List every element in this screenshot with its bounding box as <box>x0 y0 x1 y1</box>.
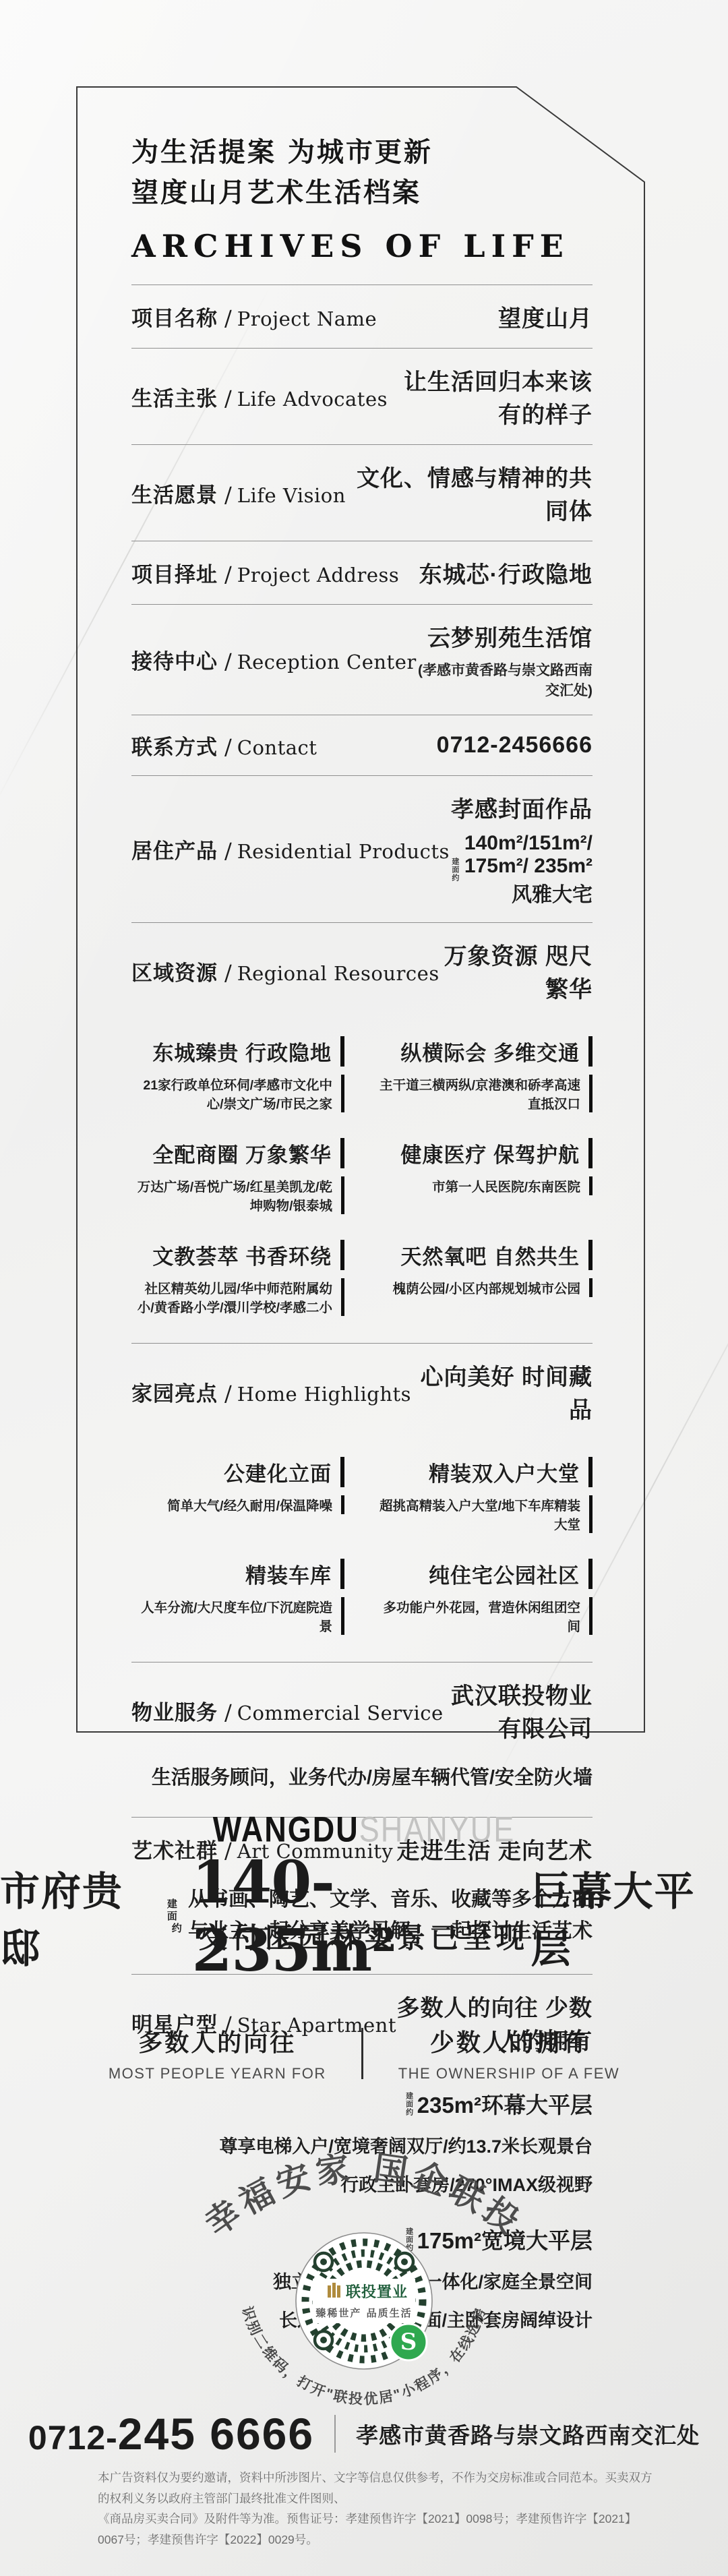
feature-detail: 人车分流/大尺度车位/下沉庭院造景 <box>131 1597 344 1635</box>
value-note: (孝感市黄香路与崇文路西南交汇处) <box>417 659 593 700</box>
feature-detail: 超挑高精装入户大堂/地下车库精装大堂 <box>380 1495 593 1533</box>
feature-cell: 精装双入户大堂超挑高精装入户大堂/地下车库精装大堂 <box>380 1457 593 1533</box>
row-label: 接待中心/Reception Center <box>131 645 417 675</box>
row-property-service: 物业服务/Commercial Service 武汉联投物业有限公司 <box>131 1663 593 1758</box>
row-value: 东城芯·行政隐地 <box>419 556 593 589</box>
tagline-cn: 多数人的向往 <box>109 2024 326 2058</box>
qr-center-slogan: 臻稀世产 品质生活 <box>315 2307 412 2319</box>
row-value: 武汉联投物业有限公司 <box>444 1677 593 1743</box>
feature-title: 文教荟萃 书香环绕 <box>152 1240 344 1270</box>
area-line: 建面约 140m²/151m²/ 175m²/ 235m² 风雅大宅 <box>450 832 593 907</box>
label-en: Commercial Service <box>237 1702 444 1725</box>
label-cn: 物业服务 <box>131 1701 218 1725</box>
feature-cell: 全配商圈 万象繁华万达广场/吾悦广场/红星美凯龙/乾坤购物/银泰城 <box>131 1138 344 1214</box>
label-cn: 生活愿景 <box>131 483 218 507</box>
label-en: Life Advocates <box>237 388 388 411</box>
label-en: Reception Center <box>237 651 417 673</box>
value-text: 望度山月 <box>498 306 593 332</box>
row-project-address: 项目择址/Project Address 东城芯·行政隐地 <box>131 541 593 605</box>
label-cn: 生活主张 <box>131 387 218 411</box>
value-text: 孝感封面作品 <box>450 791 593 824</box>
row-value: 万象资源 咫尺繁华 <box>439 938 593 1004</box>
label-slash: / <box>224 734 232 760</box>
feature-title: 纯住宅公园社区 <box>429 1559 593 1589</box>
tagline-en: THE OWNERSHIP OF A FEW <box>398 2065 619 2083</box>
feature-title: 健康医疗 保驾护航 <box>400 1138 593 1168</box>
wechat-s-icon: S <box>390 2324 427 2360</box>
label-en: Residential Products <box>237 840 450 863</box>
feature-title: 精装双入户大堂 <box>429 1457 593 1487</box>
label-cn: 居住产品 <box>131 839 218 863</box>
logo-shanyue: SHANYUE <box>359 1809 516 1850</box>
feature-detail: 社区精英幼儿园/华中师范附属幼小/黄香路小学/澴川学校/孝感二小 <box>131 1278 344 1316</box>
header-title-en: ARCHIVES OF LIFE <box>131 228 593 264</box>
tagline-en: MOST PEOPLE YEARN FOR <box>109 2065 326 2083</box>
tagline-divider <box>361 2028 363 2079</box>
section-property-service: 物业服务/Commercial Service 武汉联投物业有限公司 生活服务顾… <box>131 1663 593 1818</box>
footer-contact-row: 0712-245 6666 孝感市黄香路与崇文路西南交汇处 <box>0 2408 728 2459</box>
feature-detail: 简单大气/经久耐用/保温降噪 <box>167 1495 344 1514</box>
logo-wangdu: WANGDU <box>213 1809 359 1850</box>
row-value: 孝感封面作品 建面约 140m²/151m²/ 175m²/ 235m² 风雅大… <box>450 791 593 907</box>
feature-cell: 健康医疗 保驾护航市第一人民医院/东南医院 <box>380 1138 593 1214</box>
feature-title: 公建化立面 <box>224 1457 344 1487</box>
feature-cell: 文教荟萃 书香环绕社区精英幼儿园/华中师范附属幼小/黄香路小学/澴川学校/孝感二… <box>131 1240 344 1316</box>
section-home-highlights: 家园亮点/Home Highlights 心向美好 时间藏品 公建化立面简单大气… <box>131 1344 593 1663</box>
feature-detail: 多功能户外花园，营造休闲组团空间 <box>380 1597 593 1635</box>
header-line-2: 望度山月艺术生活档案 <box>131 173 593 213</box>
value-text: 心向美好 时间藏品 <box>421 1365 593 1423</box>
arc-slogan-text: 幸福安家 国企联投 <box>198 2147 530 2244</box>
row-value: 文化、情感与精神的共同体 <box>346 460 593 526</box>
row-label: 生活愿景/Life Vision <box>131 478 346 508</box>
label-cn: 项目择址 <box>131 563 218 587</box>
disclaimer-line-1: 本广告资料仅为要约邀请，资料中所涉图片、文字等信息仅供参考，不作为交房标准或合同… <box>98 2467 654 2509</box>
feature-cell: 纵横际会 多维交通主干道三横两纵/京港澳和硚孝高速直抵汉口 <box>380 1036 593 1112</box>
feature-cell: 天然氧吧 自然共生槐荫公园/小区内部规划城市公园 <box>380 1240 593 1316</box>
feature-detail: 万达广场/吾悦广场/红星美凯龙/乾坤购物/银泰城 <box>131 1176 344 1214</box>
label-en: Contact <box>237 736 317 759</box>
label-slash: / <box>224 649 232 674</box>
svg-text:幸福安家 国企联投: 幸福安家 国企联投 <box>198 2147 530 2244</box>
phone-number: 0712-245 6666 <box>28 2408 314 2459</box>
row-life-advocates: 生活主张/Life Advocates 让生活回归本来该有的样子 <box>131 349 593 445</box>
tagline-row: 多数人的向往 MOST PEOPLE YEARN FOR 少数人的拥有 THE … <box>0 2024 728 2083</box>
area-prefix: 建面约 <box>450 858 460 882</box>
feature-detail: 主干道三横两纵/京港澳和硚孝高速直抵汉口 <box>380 1075 593 1112</box>
row-value: 让生活回归本来该有的样子 <box>388 363 593 429</box>
label-slash: / <box>224 960 232 986</box>
label-slash: / <box>224 1381 232 1406</box>
value-text: 云梦别苑生活馆 <box>417 620 593 653</box>
value-text: 万象资源 咫尺繁华 <box>444 944 593 1002</box>
row-home-highlights: 家园亮点/Home Highlights 心向美好 时间藏品 <box>131 1344 593 1439</box>
label-cn: 项目名称 <box>131 307 218 330</box>
feature-title: 精装车库 <box>245 1559 344 1589</box>
headline-subline: 交付区园林实景已呈现 <box>0 1916 728 1956</box>
label-slash: / <box>224 386 232 411</box>
regional-feature-grid: 东城臻贵 行政隐地21家行政单位环伺/孝感市文化中心/崇文广场/市民之家 纵横际… <box>131 1036 593 1316</box>
label-cn: 区域资源 <box>131 961 218 985</box>
disclaimer-text: 本广告资料仅为要约邀请，资料中所涉图片、文字等信息仅供参考，不作为交房标准或合同… <box>98 2467 654 2550</box>
value-text: 武汉联投物业有限公司 <box>451 1683 593 1742</box>
label-en: Project Address <box>237 564 399 587</box>
label-en: Regional Resources <box>237 962 439 985</box>
label-cn: 家园亮点 <box>131 1382 218 1406</box>
phone-prefix: 0712- <box>28 2419 118 2457</box>
feature-title: 纵横际会 多维交通 <box>400 1036 593 1067</box>
row-value: 0712-2456666 <box>437 732 593 758</box>
feature-detail: 21家行政单位环伺/孝感市文化中心/崇文广场/市民之家 <box>131 1075 344 1112</box>
qr-code-stamp: 幸福安家 国企联投 联投置业 臻稀世产 品质生活 <box>182 2102 546 2419</box>
label-slash: / <box>224 1700 232 1725</box>
header-line-1: 为生活提案 为城市更新 <box>131 132 593 173</box>
row-project-name: 项目名称/Project Name 望度山月 <box>131 285 593 349</box>
value-text: 文化、情感与精神的共同体 <box>357 466 593 525</box>
service-detail: 生活服务顾问，业务代办/房屋车辆代管/安全防火墙 <box>131 1762 593 1790</box>
label-slash: / <box>224 482 232 508</box>
row-reception-center: 接待中心/Reception Center 云梦别苑生活馆 (孝感市黄香路与崇文… <box>131 605 593 715</box>
tagline-left: 多数人的向往 MOST PEOPLE YEARN FOR <box>109 2024 326 2083</box>
feature-title: 全配商圈 万象繁华 <box>152 1138 344 1168</box>
area-text: 140m²/151m²/ 175m²/ 235m² 风雅大宅 <box>463 832 593 907</box>
label-cn: 联系方式 <box>131 736 218 759</box>
feature-title: 东城臻贵 行政隐地 <box>152 1036 344 1067</box>
footer-divider <box>334 2415 336 2453</box>
label-en: Life Vision <box>237 484 346 507</box>
feature-detail: 槐荫公园/小区内部规划城市公园 <box>393 1278 593 1297</box>
tagline-right: 少数人的拥有 THE OWNERSHIP OF A FEW <box>398 2024 619 2083</box>
feature-detail: 市第一人民医院/东南医院 <box>432 1176 593 1195</box>
row-label: 联系方式/Contact <box>131 730 317 760</box>
row-label: 项目名称/Project Name <box>131 301 377 332</box>
row-regional-resources: 区域资源/Regional Resources 万象资源 咫尺繁华 <box>131 923 593 1019</box>
highlights-feature-grid: 公建化立面简单大气/经久耐用/保温降噪 精装双入户大堂超挑高精装入户大堂/地下车… <box>131 1457 593 1635</box>
label-en: Home Highlights <box>237 1383 411 1406</box>
brand-logotype: WANGDUSHANYUE <box>0 1812 728 1847</box>
svg-text:S: S <box>400 2329 417 2356</box>
row-residential-products: 居住产品/Residential Products 孝感封面作品 建面约 140… <box>131 776 593 923</box>
row-value: 望度山月 <box>498 300 593 333</box>
section-regional-resources: 区域资源/Regional Resources 万象资源 咫尺繁华 东城臻贵 行… <box>131 923 593 1344</box>
feature-cell: 纯住宅公园社区多功能户外花园，营造休闲组团空间 <box>380 1559 593 1635</box>
row-value: 云梦别苑生活馆 (孝感市黄香路与崇文路西南交汇处) <box>417 620 593 700</box>
row-label: 家园亮点/Home Highlights <box>131 1377 411 1407</box>
row-contact: 联系方式/Contact 0712-2456666 <box>131 715 593 776</box>
row-label: 生活主张/Life Advocates <box>131 382 388 412</box>
row-value: 心向美好 时间藏品 <box>411 1358 593 1425</box>
tagline-cn: 少数人的拥有 <box>398 2024 619 2058</box>
archive-frame-content: 为生活提案 为城市更新 望度山月艺术生活档案 ARCHIVES OF LIFE … <box>76 86 645 1733</box>
feature-cell: 东城臻贵 行政隐地21家行政单位环伺/孝感市文化中心/崇文广场/市民之家 <box>131 1036 344 1112</box>
row-label: 物业服务/Commercial Service <box>131 1696 444 1726</box>
phone-main: 245 6666 <box>118 2409 314 2459</box>
label-slash: / <box>224 838 232 864</box>
value-text: 东城芯·行政隐地 <box>419 562 593 588</box>
row-label: 居住产品/Residential Products <box>131 834 450 864</box>
feature-title: 天然氧吧 自然共生 <box>400 1240 593 1270</box>
phone-value: 0712-2456666 <box>437 732 593 758</box>
feature-cell: 精装车库人车分流/大尺度车位/下沉庭院造景 <box>131 1559 344 1635</box>
feature-cell: 公建化立面简单大气/经久耐用/保温降噪 <box>131 1457 344 1533</box>
label-en: Project Name <box>237 307 377 330</box>
label-slash: / <box>224 305 232 331</box>
row-label: 区域资源/Regional Resources <box>131 956 439 986</box>
round-qr-code: 联投置业 臻稀世产 品质生活 S <box>296 2233 432 2369</box>
row-life-vision: 生活愿景/Life Vision 文化、情感与精神的共同体 <box>131 445 593 541</box>
poster: 为生活提案 为城市更新 望度山月艺术生活档案 ARCHIVES OF LIFE … <box>0 0 728 2576</box>
label-cn: 接待中心 <box>131 650 218 673</box>
disclaimer-line-2: 《商品房买卖合同》及附件等为准。预售证号：孝建预售许字【2021】0098号；孝… <box>98 2509 654 2550</box>
footer-address: 孝感市黄香路与崇文路西南交汇处 <box>356 2418 700 2450</box>
label-slash: / <box>224 562 232 587</box>
value-text: 让生活回归本来该有的样子 <box>404 369 593 428</box>
qr-center-brand: 联投置业 <box>346 2283 408 2300</box>
row-label: 项目择址/Project Address <box>131 558 399 588</box>
